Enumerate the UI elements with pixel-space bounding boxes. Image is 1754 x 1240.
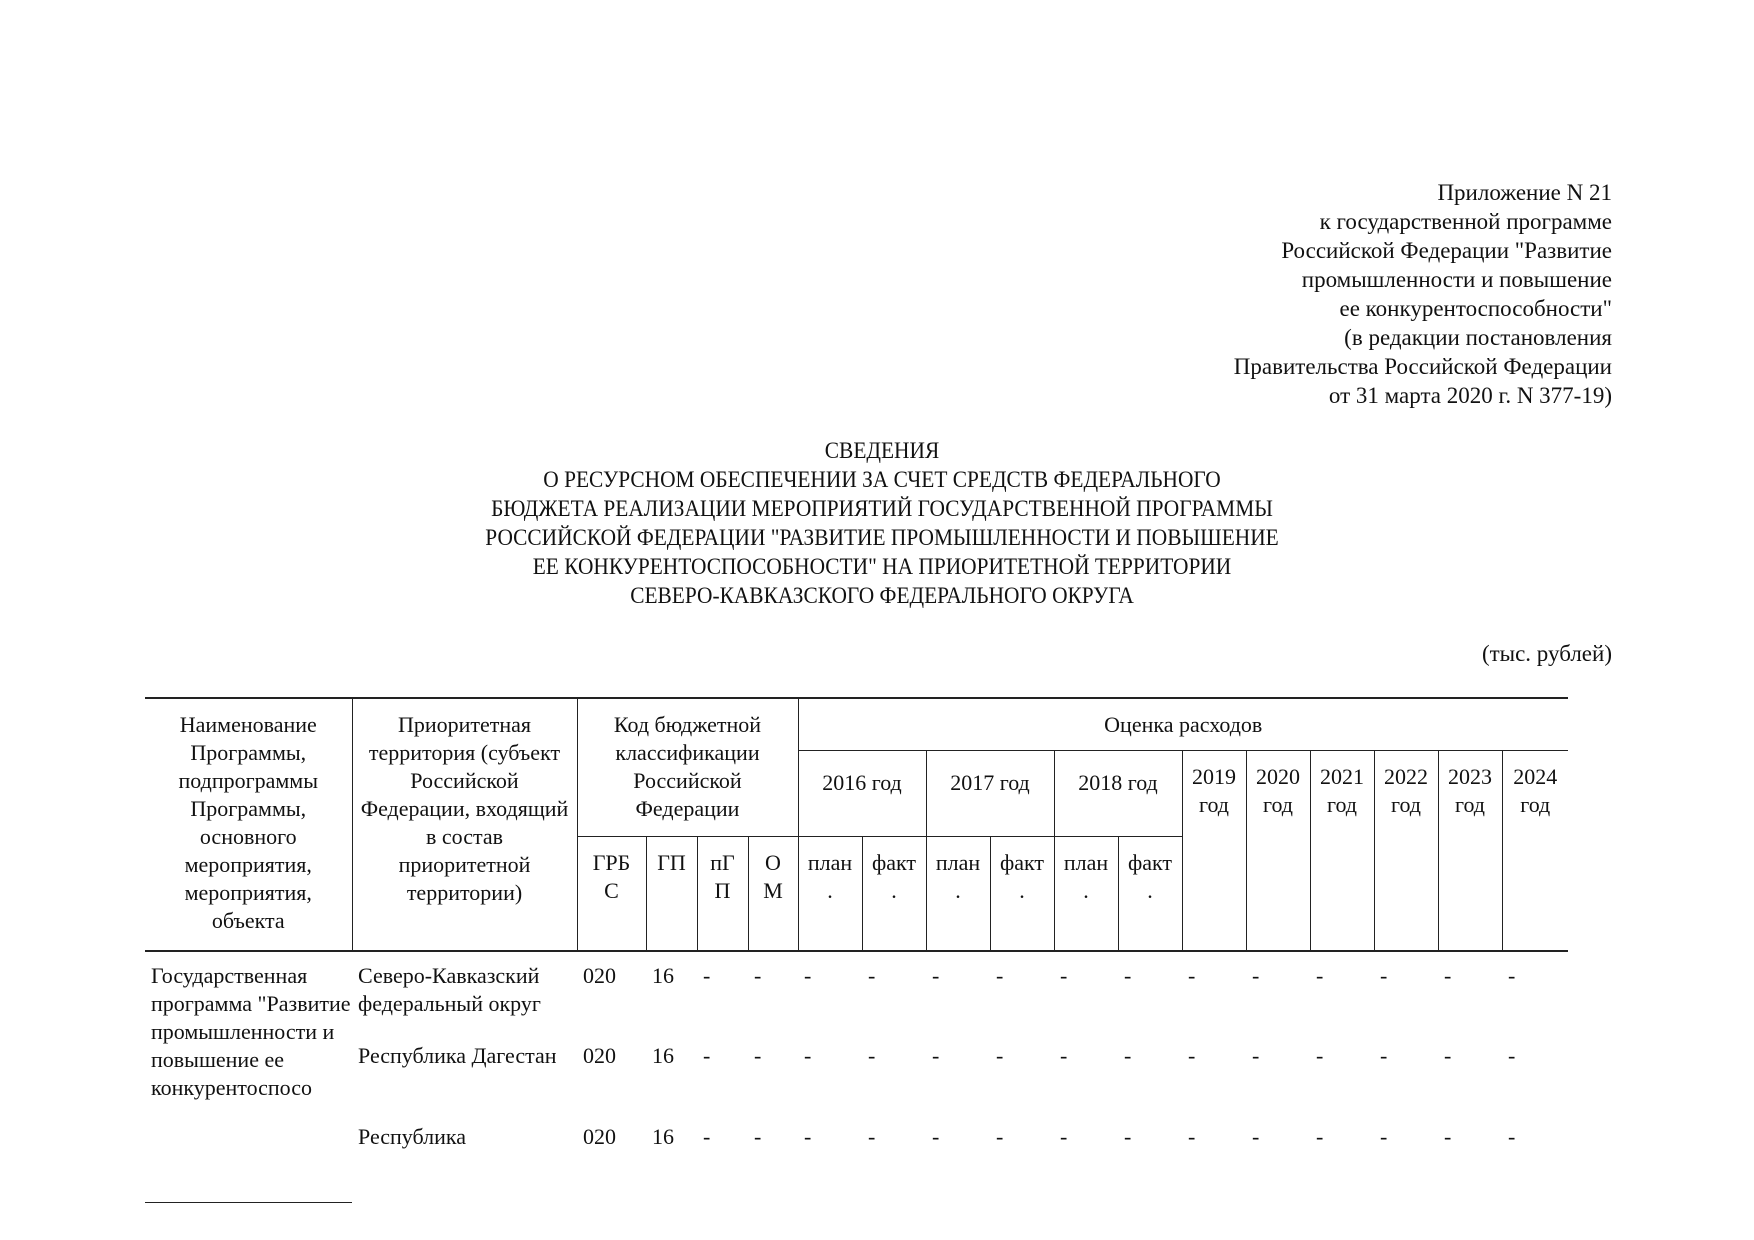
grbs-cell: 020 (577, 1032, 646, 1113)
plan-label: план (929, 849, 988, 877)
abbr-dot: . (993, 877, 1052, 905)
header-year-2018: 2018 год (1054, 750, 1182, 836)
title-line: ЕЕ КОНКУРЕНТОСПОСОБНОСТИ" НА ПРИОРИТЕТНО… (62, 552, 1703, 581)
value-cell: - (1502, 951, 1568, 1032)
year-number: 2024 (1505, 763, 1567, 791)
year-suffix: год (1377, 791, 1436, 819)
value-cell: - (1118, 1032, 1182, 1113)
program-name-cell: Государственная программа "Развитие пром… (145, 951, 352, 1173)
header-year-2020: 2020год (1246, 750, 1310, 951)
value-cell: - (1310, 1113, 1374, 1173)
header-year-2017: 2017 год (926, 750, 1054, 836)
units-label: (тыс. рублей) (1482, 641, 1612, 667)
header-2016-plan: план. (798, 836, 862, 951)
appendix-reference: Приложение N 21 к государственной програ… (1234, 178, 1612, 410)
gp-cell: 16 (646, 951, 697, 1032)
value-cell: - (1182, 1032, 1246, 1113)
header-year-2019: 2019год (1182, 750, 1246, 951)
header-name: Наименование Программы, подпрограммы Про… (145, 698, 352, 951)
value-cell: - (798, 1113, 862, 1173)
code-part: ГРБ (580, 849, 644, 877)
code-part: пГ (700, 849, 746, 877)
value-cell: - (1438, 1032, 1502, 1113)
value-cell: - (862, 1113, 926, 1173)
header-year-2024: 2024год (1502, 750, 1568, 951)
pgp-cell: - (697, 951, 748, 1032)
abbr-dot: . (865, 877, 924, 905)
header-2017-plan: план. (926, 836, 990, 951)
header-2017-fact: факт. (990, 836, 1054, 951)
title-line: О РЕСУРСНОМ ОБЕСПЕЧЕНИИ ЗА СЧЕТ СРЕДСТВ … (62, 465, 1703, 494)
value-cell: - (1310, 951, 1374, 1032)
header-year-2022: 2022год (1374, 750, 1438, 951)
value-cell: - (1438, 951, 1502, 1032)
grbs-cell: 020 (577, 951, 646, 1032)
value-cell: - (1374, 951, 1438, 1032)
appendix-line: от 31 марта 2020 г. N 377-19) (1234, 381, 1612, 410)
fact-label: факт (865, 849, 924, 877)
value-cell: - (1054, 951, 1118, 1032)
appendix-line: (в редакции постановления (1234, 323, 1612, 352)
header-code-gp: ГП (646, 836, 697, 951)
value-cell: - (1310, 1032, 1374, 1113)
appendix-line: Российской Федерации "Развитие (1234, 236, 1612, 265)
appendix-line: Правительства Российской Федерации (1234, 352, 1612, 381)
value-cell: - (1054, 1113, 1118, 1173)
header-territory: Приоритетная территория (субъект Российс… (352, 698, 577, 951)
abbr-dot: . (1121, 877, 1180, 905)
title-line: РОССИЙСКОЙ ФЕДЕРАЦИИ "РАЗВИТИЕ ПРОМЫШЛЕН… (62, 523, 1703, 552)
title-line: СЕВЕРО-КАВКАЗСКОГО ФЕДЕРАЛЬНОГО ОКРУГА (62, 581, 1703, 610)
abbr-dot: . (801, 877, 860, 905)
value-cell: - (926, 951, 990, 1032)
header-2016-fact: факт. (862, 836, 926, 951)
value-cell: - (1374, 1113, 1438, 1173)
value-cell: - (862, 951, 926, 1032)
header-2018-plan: план. (1054, 836, 1118, 951)
value-cell: - (1118, 951, 1182, 1032)
year-number: 2020 (1249, 763, 1308, 791)
value-cell: - (798, 951, 862, 1032)
value-cell: - (990, 951, 1054, 1032)
table-row: Республика 020 16 - - - - - - - - - - - … (145, 1113, 1568, 1173)
header-year-2016: 2016 год (798, 750, 926, 836)
value-cell: - (926, 1032, 990, 1113)
year-number: 2021 (1313, 763, 1372, 791)
year-suffix: год (1185, 791, 1244, 819)
value-cell: - (1182, 951, 1246, 1032)
year-suffix: год (1249, 791, 1308, 819)
territory-cell: Республика Дагестан (352, 1032, 577, 1113)
territory-cell: Республика (352, 1113, 577, 1173)
om-cell: - (748, 951, 798, 1032)
header-year-2023: 2023год (1438, 750, 1502, 951)
pgp-cell: - (697, 1113, 748, 1173)
plan-label: план (801, 849, 860, 877)
program-name: Государственная программа "Развитие пром… (151, 963, 351, 1100)
table-header: Наименование Программы, подпрограммы Про… (145, 698, 1568, 951)
fact-label: факт (993, 849, 1052, 877)
header-estimate: Оценка расходов (798, 698, 1568, 750)
value-cell: - (1182, 1113, 1246, 1173)
gp-cell: 16 (646, 1113, 697, 1173)
appendix-line: к государственной программе (1234, 207, 1612, 236)
code-part: П (700, 877, 746, 905)
document-title: СВЕДЕНИЯ О РЕСУРСНОМ ОБЕСПЕЧЕНИИ ЗА СЧЕТ… (62, 436, 1703, 610)
code-part: С (580, 877, 644, 905)
code-part: О (751, 849, 796, 877)
value-cell: - (990, 1113, 1054, 1173)
year-number: 2019 (1185, 763, 1244, 791)
header-code-om: ОМ (748, 836, 798, 951)
value-cell: - (990, 1032, 1054, 1113)
year-number: 2022 (1377, 763, 1436, 791)
value-cell: - (1246, 1113, 1310, 1173)
code-part: М (751, 877, 796, 905)
table-body: Государственная программа "Развитие пром… (145, 951, 1568, 1173)
abbr-dot: . (1057, 877, 1116, 905)
value-cell: - (1438, 1113, 1502, 1173)
appendix-line: промышленности и повышение (1234, 265, 1612, 294)
header-code-pgp: пГП (697, 836, 748, 951)
value-cell: - (926, 1113, 990, 1173)
header-2018-fact: факт. (1118, 836, 1182, 951)
year-number: 2023 (1441, 763, 1500, 791)
table-row: Республика Дагестан 020 16 - - - - - - -… (145, 1032, 1568, 1113)
header-year-2021: 2021год (1310, 750, 1374, 951)
value-cell: - (1118, 1113, 1182, 1173)
year-suffix: год (1441, 791, 1500, 819)
table-row: Государственная программа "Развитие пром… (145, 951, 1568, 1032)
appendix-line: Приложение N 21 (1234, 178, 1612, 207)
header-code-grbs: ГРБС (577, 836, 646, 951)
appendix-line: ее конкурентоспособности" (1234, 294, 1612, 323)
title-line: СВЕДЕНИЯ (62, 436, 1703, 465)
abbr-dot: . (929, 877, 988, 905)
value-cell: - (862, 1032, 926, 1113)
value-cell: - (1246, 1032, 1310, 1113)
gp-cell: 16 (646, 1032, 697, 1113)
plan-label: план (1057, 849, 1116, 877)
pgp-cell: - (697, 1032, 748, 1113)
om-cell: - (748, 1032, 798, 1113)
grbs-cell: 020 (577, 1113, 646, 1173)
year-suffix: год (1313, 791, 1372, 819)
header-budget-code: Код бюджетной классификации Российской Ф… (577, 698, 798, 836)
value-cell: - (1374, 1032, 1438, 1113)
cell-underline (145, 1202, 352, 1203)
value-cell: - (1502, 1032, 1568, 1113)
value-cell: - (1502, 1113, 1568, 1173)
value-cell: - (1054, 1032, 1118, 1113)
title-line: БЮДЖЕТА РЕАЛИЗАЦИИ МЕРОПРИЯТИЙ ГОСУДАРСТ… (62, 494, 1703, 523)
year-suffix: год (1505, 791, 1567, 819)
value-cell: - (798, 1032, 862, 1113)
resource-table: Наименование Программы, подпрограммы Про… (145, 697, 1568, 1173)
om-cell: - (748, 1113, 798, 1173)
code-part: ГП (649, 849, 695, 877)
territory-cell: Северо-Кавказский федеральный округ (352, 951, 577, 1032)
fact-label: факт (1121, 849, 1180, 877)
value-cell: - (1246, 951, 1310, 1032)
